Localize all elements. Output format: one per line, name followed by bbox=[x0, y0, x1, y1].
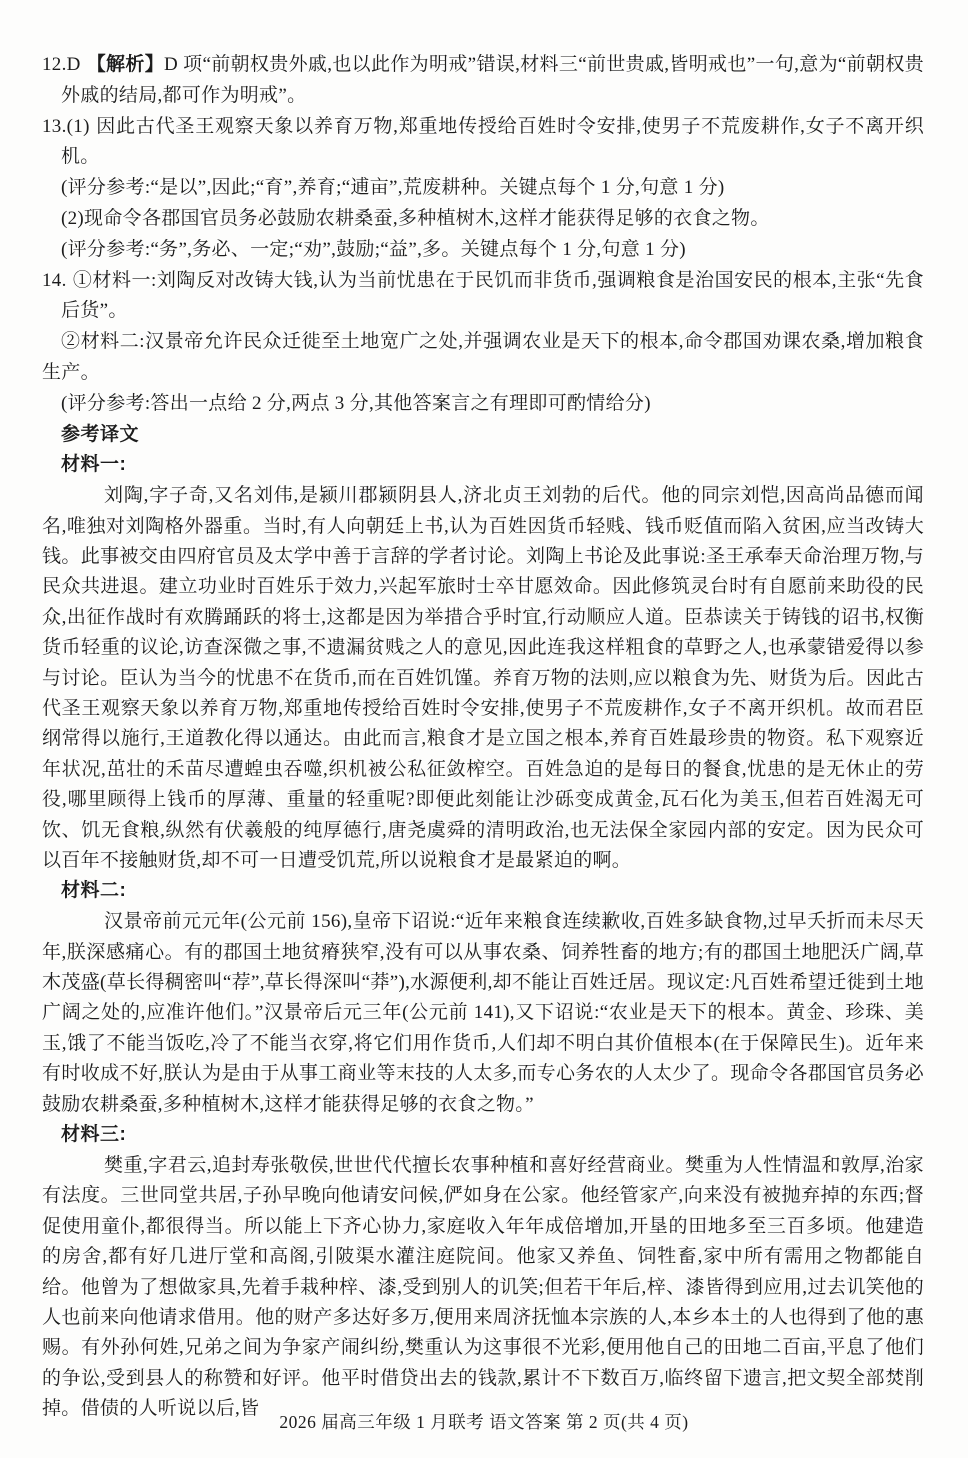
section-heading-reference-translation-text: 参考译文 bbox=[61, 424, 139, 445]
answer-item-13-2: (2)现命令各郡国官员务必鼓励农耕桑蚕,多种植树木,这样才能获得足够的衣食之物。 bbox=[61, 204, 924, 235]
section-heading-material-1-text: 材料一: bbox=[61, 454, 126, 475]
footer-text: 2026 届高三年级 1 月联考 语文答案 第 2 页(共 4 页) bbox=[279, 1412, 688, 1432]
answer-item-14-1: 14.①材料一:刘陶反对改铸大钱,认为当前忧患在于民饥而非货币,强调粮食是治国安… bbox=[42, 266, 924, 328]
item-number: 14. bbox=[42, 270, 67, 291]
answer-item-12: 12.D【解析】D 项“前朝权贵外戚,也以此作为明戒”错误,材料三“前世贵戚,皆… bbox=[42, 50, 924, 112]
section-heading-material-3: 材料三: bbox=[61, 1120, 924, 1151]
answer-item-13-1-text: 因此古代圣王观察天象以养育万物,郑重地传授给百姓时令安排,使男子不荒废耕作,女子… bbox=[61, 116, 924, 168]
answer-item-13-1: 13.(1)因此古代圣王观察天象以养育万物,郑重地传授给百姓时令安排,使男子不荒… bbox=[42, 112, 924, 174]
answer-content: 12.D【解析】D 项“前朝权贵外戚,也以此作为明戒”错误,材料三“前世贵戚,皆… bbox=[0, 0, 968, 1425]
page-footer: 2026 届高三年级 1 月联考 语文答案 第 2 页(共 4 页) bbox=[0, 1409, 968, 1434]
item-number: 13.(1) bbox=[42, 116, 90, 137]
scoring-note-14: (评分参考:答出一点给 2 分,两点 3 分,其他答案言之有理即可酌情给分) bbox=[61, 389, 924, 420]
section-heading-material-1: 材料一: bbox=[61, 450, 924, 481]
item-number: 12.D bbox=[42, 54, 81, 75]
answer-item-14-2-text: ②材料二:汉景帝允许民众迁徙至土地宽广之处,并强调农业是天下的根本,命令郡国劝课… bbox=[42, 331, 924, 383]
scoring-note-13-2-text: (评分参考:“务”,务必、一定;“劝”,鼓励;“益”,多。关键点每个 1 分,句… bbox=[61, 239, 686, 260]
translation-paragraph-material-2: 汉景帝前元元年(公元前 156),皇帝下诏说:“近年来粮食连续歉收,百姓多缺食物… bbox=[42, 907, 924, 1120]
analysis-label: 【解析】 bbox=[87, 54, 164, 75]
translation-paragraph-material-3-text: 樊重,字君云,追封寿张敬侯,世世代代擅长农事种植和喜好经营商业。樊重为人性情温和… bbox=[42, 1155, 924, 1419]
section-heading-reference-translation: 参考译文 bbox=[61, 420, 924, 451]
exam-answer-page: 12.D【解析】D 项“前朝权贵外戚,也以此作为明戒”错误,材料三“前世贵戚,皆… bbox=[0, 0, 968, 1458]
scoring-note-13-2: (评分参考:“务”,务必、一定;“劝”,鼓励;“益”,多。关键点每个 1 分,句… bbox=[61, 235, 924, 266]
translation-paragraph-material-3: 樊重,字君云,追封寿张敬侯,世世代代擅长农事种植和喜好经营商业。樊重为人性情温和… bbox=[42, 1151, 924, 1425]
translation-paragraph-material-2-text: 汉景帝前元元年(公元前 156),皇帝下诏说:“近年来粮食连续歉收,百姓多缺食物… bbox=[42, 911, 924, 1114]
answer-item-14-2: ②材料二:汉景帝允许民众迁徙至土地宽广之处,并强调农业是天下的根本,命令郡国劝课… bbox=[42, 327, 924, 389]
scoring-note-13-1-text: (评分参考:“是以”,因此;“育”,养育;“逋亩”,荒废耕种。关键点每个 1 分… bbox=[61, 177, 725, 198]
answer-item-12-text: D 项“前朝权贵外戚,也以此作为明戒”错误,材料三“前世贵戚,皆明戒也”一句,意… bbox=[61, 54, 924, 106]
answer-item-13-2-text: (2)现命令各郡国官员务必鼓励农耕桑蚕,多种植树木,这样才能获得足够的衣食之物。 bbox=[61, 208, 770, 229]
answer-item-14-1-text: ①材料一:刘陶反对改铸大钱,认为当前忧患在于民饥而非货币,强调粮食是治国安民的根… bbox=[61, 270, 924, 322]
section-heading-material-2: 材料二: bbox=[61, 876, 924, 907]
section-heading-material-3-text: 材料三: bbox=[61, 1124, 126, 1145]
translation-paragraph-material-1: 刘陶,字子奇,又名刘伟,是颍川郡颍阴县人,济北贞王刘勃的后代。他的同宗刘恺,因高… bbox=[42, 481, 924, 876]
scoring-note-13-1: (评分参考:“是以”,因此;“育”,养育;“逋亩”,荒废耕种。关键点每个 1 分… bbox=[61, 173, 924, 204]
scoring-note-14-text: (评分参考:答出一点给 2 分,两点 3 分,其他答案言之有理即可酌情给分) bbox=[61, 393, 651, 414]
translation-paragraph-material-1-text: 刘陶,字子奇,又名刘伟,是颍川郡颍阴县人,济北贞王刘勃的后代。他的同宗刘恺,因高… bbox=[42, 485, 924, 871]
section-heading-material-2-text: 材料二: bbox=[61, 880, 126, 901]
